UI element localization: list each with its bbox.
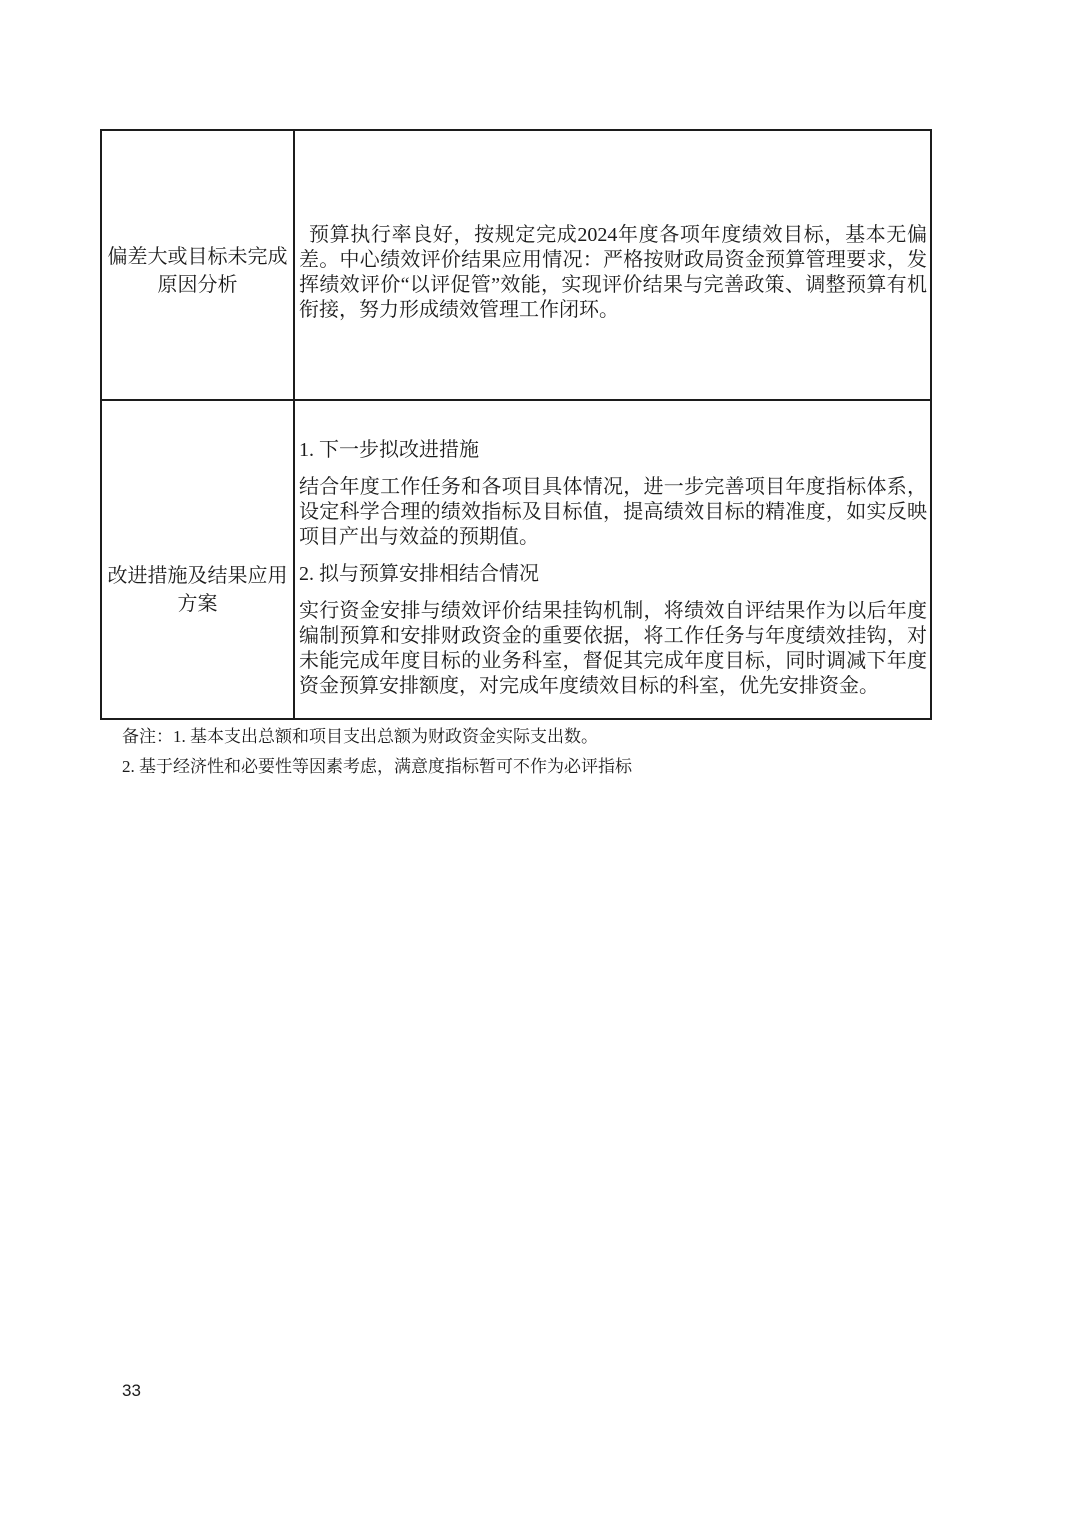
table-row-improvement-plan: 改进措施及结果应用方案 1. 下一步拟改进措施 结合年度工作任务和各项目具体情况… — [102, 401, 930, 718]
improvement-paragraph-2: 实行资金安排与绩效评价结果挂钩机制，将绩效自评结果作为以后年度编制预算和安排财政… — [299, 599, 927, 699]
table-row-deviation-analysis: 偏差大或目标未完成原因分析 预算执行率良好，按规定完成2024年度各项年度绩效目… — [102, 131, 930, 401]
footnote-line-1: 备注：1. 基本支出总额和项目支出总额为财政资金实际支出数。 — [122, 726, 902, 747]
page-number: 33 — [122, 1381, 141, 1401]
cell-improvement-plan-content: 1. 下一步拟改进措施 结合年度工作任务和各项目具体情况，进一步完善项目年度指标… — [295, 401, 930, 718]
deviation-analysis-paragraph: 预算执行率良好，按规定完成2024年度各项年度绩效目标，基本无偏差。中心绩效评价… — [299, 223, 927, 323]
row-label-improvement-plan: 改进措施及结果应用方案 — [102, 401, 295, 718]
row-label-deviation-analysis: 偏差大或目标未完成原因分析 — [102, 131, 295, 399]
footnote-line-2: 2. 基于经济性和必要性等因素考虑，满意度指标暂可不作为必评指标 — [122, 756, 902, 777]
performance-self-evaluation-table: 偏差大或目标未完成原因分析 预算执行率良好，按规定完成2024年度各项年度绩效目… — [100, 129, 932, 720]
cell-deviation-analysis-content: 预算执行率良好，按规定完成2024年度各项年度绩效目标，基本无偏差。中心绩效评价… — [295, 131, 930, 399]
improvement-paragraph-1: 结合年度工作任务和各项目具体情况，进一步完善项目年度指标体系，设定科学合理的绩效… — [299, 475, 927, 550]
improvement-heading-1: 1. 下一步拟改进措施 — [299, 438, 927, 463]
footnotes: 备注：1. 基本支出总额和项目支出总额为财政资金实际支出数。 2. 基于经济性和… — [122, 726, 902, 786]
improvement-heading-2: 2. 拟与预算安排相结合情况 — [299, 562, 927, 587]
